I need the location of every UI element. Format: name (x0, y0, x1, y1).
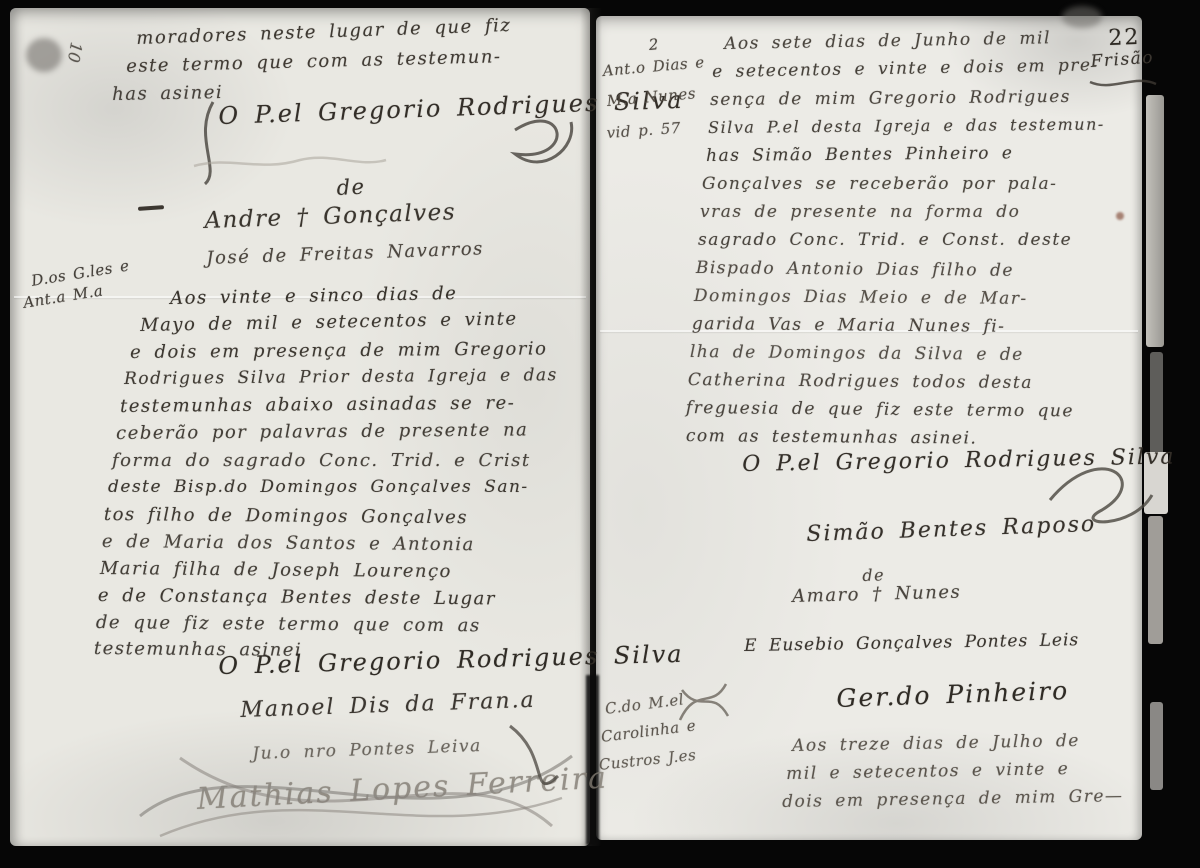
stain (1062, 6, 1102, 28)
signature-flourish (1040, 440, 1160, 520)
entry-connector: de (862, 565, 885, 585)
manuscript-line: Gonçalves se receberão por pala- (702, 174, 1057, 194)
entry-connector: de (336, 174, 366, 199)
corner-folio-mark: 10 (64, 41, 86, 64)
manuscript-line: vras de presente na forma do (700, 202, 1020, 222)
fore-edge-leaf (1146, 95, 1164, 347)
manuscript-line: sença de mim Gregorio Rodrigues (710, 87, 1071, 110)
fore-edge-leaf (1148, 516, 1163, 644)
manuscript-line: deste Bisp.do Domingos Gonçalves San- (108, 477, 529, 497)
manuscript-line: Silva P.el desta Igreja e das testemun- (708, 115, 1105, 137)
manuscript-line: Domingos Dias Meio e de Mar- (694, 286, 1028, 309)
signature-flourish (185, 92, 585, 192)
witness-cross-mark: Amaro † Nunes (792, 582, 962, 607)
manuscript-line: lha de Domingos da Silva e de (690, 342, 1024, 365)
faded-ink-ghost (190, 150, 390, 176)
manuscript-line: de que fiz este termo que com as (96, 612, 481, 636)
manuscript-line: testemunhas abaixo asinadas se re- (120, 393, 515, 417)
manuscript-line: Catherina Rodrigues todos desta (688, 370, 1033, 393)
manuscript-line: e de Constança Bentes deste Lugar (98, 585, 496, 609)
manuscript-line: forma do sagrado Conc. Trid. e Crist (112, 450, 531, 471)
stain (26, 38, 62, 72)
manuscript-line: garida Vas e Maria Nunes fi- (692, 314, 1006, 337)
manuscript-line: Bispado Antonio Dias filho de (696, 258, 1014, 281)
manuscript-line: freguesia de que fiz este termo que (686, 398, 1074, 421)
manuscript-line: Maria filha de Joseph Lourenço (100, 558, 452, 582)
manuscript-line: ceberão por palavras de presente na (116, 419, 528, 444)
signature-flourish (120, 716, 590, 856)
ink-spot (1116, 212, 1124, 220)
rubric-flourish (1086, 74, 1160, 92)
manuscript-line: com as testemunhas asinei. (686, 426, 978, 449)
manuscript-line: e dois em presença de mim Gregorio (130, 338, 548, 363)
manuscript-line: Rodrigues Silva Prior desta Igreja e das (124, 365, 558, 389)
manuscript-photo: 10 D.os G.les e Ant.a M.a moradores nest… (0, 0, 1200, 868)
page-number: 22 (1108, 25, 1141, 51)
fore-edge-leaf (1150, 702, 1163, 790)
manuscript-line: has Simão Bentes Pinheiro e (706, 143, 1013, 166)
visitation-rubric: Frisão (1090, 48, 1155, 72)
manuscript-line: tos filho de Domingos Gonçalves (104, 504, 468, 528)
manuscript-line: e de Maria dos Santos e Antonia (102, 531, 475, 555)
right-margin-note-line: 2 (648, 35, 660, 54)
manuscript-line: sagrado Conc. Trid. e Const. deste (698, 230, 1072, 250)
